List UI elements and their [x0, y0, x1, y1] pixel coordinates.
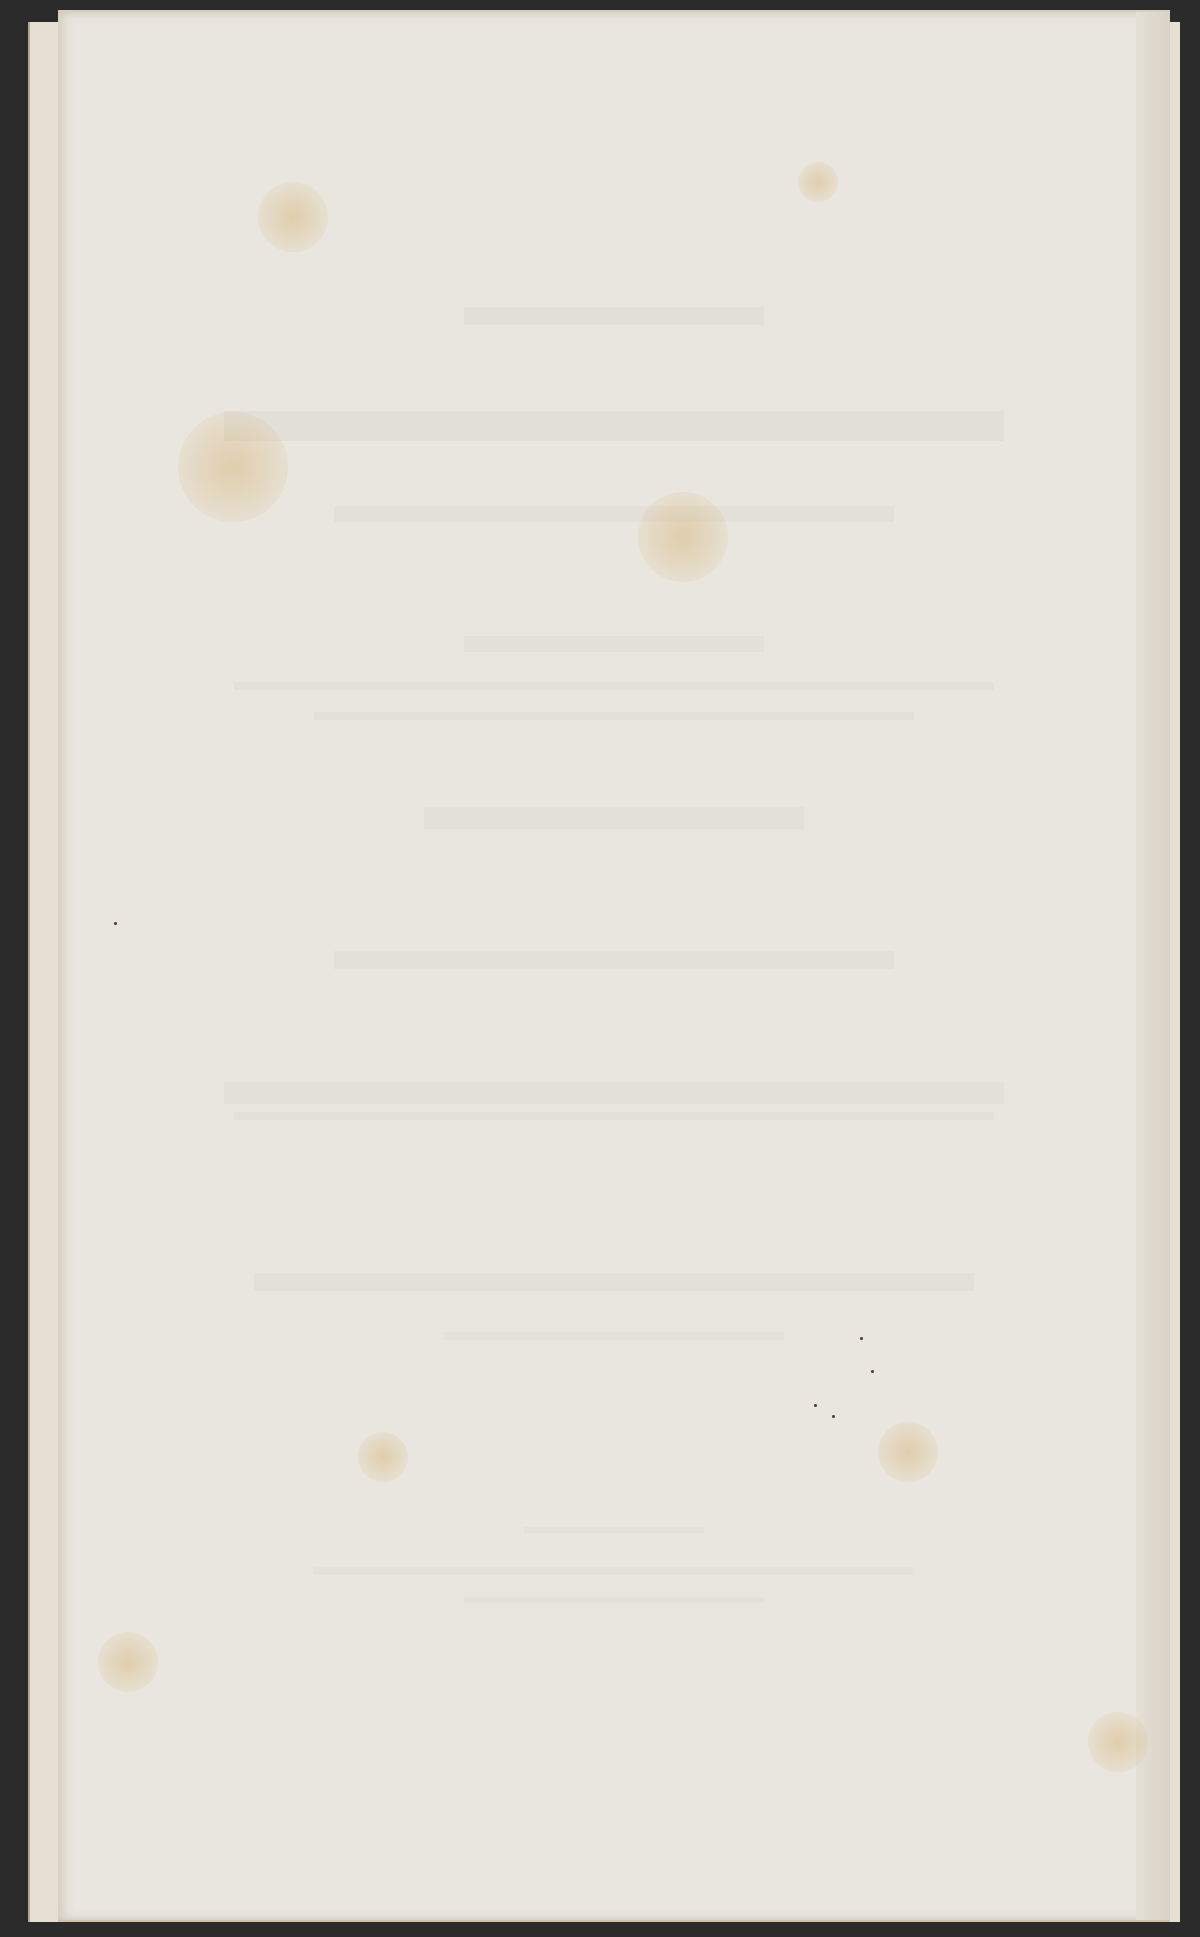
- showthrough-line: [58, 1247, 1170, 1295]
- foxing-stain: [798, 162, 838, 202]
- foxing-stain: [98, 1632, 158, 1692]
- showthrough-line: [58, 1517, 1170, 1537]
- foxing-stain: [878, 1422, 938, 1482]
- showthrough-line: [58, 702, 1170, 724]
- book-page: [58, 10, 1170, 1922]
- foxing-stain: [358, 1432, 408, 1482]
- speck: [871, 1370, 874, 1373]
- showthrough-line: [58, 1587, 1170, 1607]
- showthrough-line: [58, 277, 1170, 317]
- foxing-stain: [258, 182, 328, 252]
- showthrough-line: [58, 777, 1170, 833]
- foxing-stain: [1088, 1712, 1148, 1772]
- showthrough-line: [58, 927, 1170, 973]
- showthrough-line: [58, 1052, 1170, 1108]
- foxing-stain: [638, 492, 728, 582]
- showthrough-line: [58, 672, 1170, 694]
- speck: [814, 1404, 817, 1407]
- showthrough-line: [58, 1102, 1170, 1124]
- speck: [860, 1337, 863, 1340]
- foxing-stain: [178, 412, 288, 522]
- showthrough-line: [58, 612, 1170, 656]
- speck: [114, 922, 117, 925]
- speck: [832, 1415, 835, 1418]
- showthrough-line: [58, 1557, 1170, 1579]
- showthrough-line: [58, 1322, 1170, 1344]
